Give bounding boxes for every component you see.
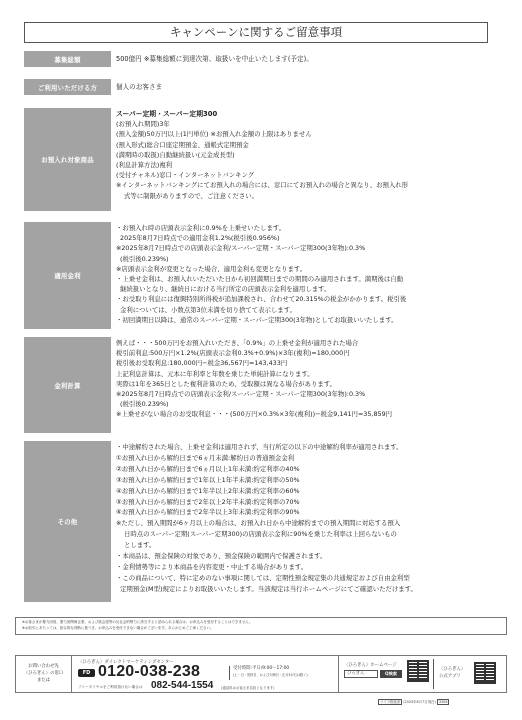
- freedial-icon: FD: [78, 669, 95, 677]
- text-line: ・本商品は、預金保険の対象であり、預金保険の範囲内で保護されます。: [116, 551, 496, 562]
- app-label-line: 公式アプリ: [439, 673, 465, 680]
- row-content: 個人のお客さま: [116, 79, 496, 95]
- text-line: 式等に制限がありますので、ご注意ください。: [116, 191, 496, 201]
- page-title: キャンペーンに関するご留意事項: [24, 22, 488, 43]
- text-line: とします。: [116, 540, 496, 551]
- row-applied-rate: 適用金利 ・お預入れ時の店頭表示金利に0.9%を上乗せいたします。 2025年8…: [24, 222, 494, 329]
- text-line: (税引後0.239%): [116, 399, 496, 409]
- row-label: その他: [24, 441, 111, 602]
- row-products: お預入れ対象商品 スーパー定期・スーパー定期300 (お預入れ期間)3年 (預入…: [24, 108, 494, 211]
- divider: [229, 666, 230, 680]
- contact-label: お問い合わせ先 〈ひろぎん〉の窓口 または: [16, 656, 72, 692]
- text-line: (預入形式)総合口座定期預金、通帳式定期預金: [116, 140, 496, 150]
- product-name: スーパー定期・スーパー定期300: [116, 109, 496, 119]
- web-links: 〈ひろぎん〉ホームページ ひろぎん Q検索 〈ひろぎん〉 公式アプリ: [338, 656, 508, 692]
- row-content: ・中途解約された場合、上乗せ金利は適用されず、当行所定の以下の中途解約利率が適用…: [116, 442, 496, 595]
- row-eligible: ご利用いただける方 個人のお客さま: [24, 79, 494, 95]
- text-line: 継続扱いとなり、継続日における当行所定の店頭表示金利を適用します。: [116, 284, 496, 294]
- text-line: 日時点のスーパー定期(スーパー定期300)の店頭表示金利に90%を乗じた利率は上…: [116, 529, 496, 540]
- text-line: 2025年8月7日時点での適用金利1.2%(税引後0.956%): [116, 233, 496, 243]
- text-line: (お預入れ期間)3年: [116, 119, 496, 129]
- fineprint-line: ※お取引にあたっては、総合的な判断に基づき、お申込みを受付できない場合がございま…: [22, 626, 500, 632]
- text-line: 実際は1年を365日とした複利計算のため、受取額は異なる場合があります。: [116, 379, 496, 389]
- text-line: ※2025年8月7日時点での店頭表示金利/スーパー定期・スーパー定期300(3年…: [116, 243, 496, 253]
- text-line: ・上乗せ金利は、お預入れいただいた日から初回満期日までの期間のみ適用されます。満…: [116, 274, 496, 284]
- text-line: ※上乗せがない場合のお受取利息・・・(500万円×0.3%×3年(複利))−税金…: [116, 409, 496, 419]
- text-line: ⑤お預入れ日から解約日まで2年以上2年半未満:約定利率の70%: [116, 497, 496, 508]
- contact-footer: お問い合わせ先 〈ひろぎん〉の窓口 または 〈ひろぎん〉ダイレクトマーケティング…: [15, 655, 507, 693]
- text-line: (満期時の取扱)自動継続扱い(元金成長型): [116, 150, 496, 160]
- department-tag: ライフ推進部: [378, 699, 402, 705]
- text-line: ②お預入れ日から解約日まで6ヵ月以上1年未満:約定利率の40%: [116, 464, 496, 475]
- text-line: (利息計算方法)複利: [116, 160, 496, 170]
- text-line: 上記利息計算は、元本に年利率と年数を乗じた単純計算になります。: [116, 369, 496, 379]
- row-label: ご利用いただける方: [24, 79, 111, 95]
- tel-main-link[interactable]: 0120-038-238: [98, 663, 200, 681]
- text-line: 税引前利息:500万円×1.2%(店頭表示金利0.3%+0.9%)×3年(複利)…: [116, 348, 496, 358]
- document-footnote: ライフ推進部 (2025年8月7日現在) 3306: [378, 699, 449, 704]
- hours-note: (土・日・祝休日、および大晦日・正月3が日は除く): [233, 672, 308, 678]
- contact-label-line: または: [16, 677, 71, 684]
- row-label: 募集総額: [24, 51, 111, 67]
- text-line: ・中途解約された場合、上乗せ金利は適用されず、当行所定の以下の中途解約利率が適用…: [116, 442, 496, 453]
- text-line: ※2025年8月7日時点での店頭表示金利/スーパー定期・スーパー定期300(3年…: [116, 389, 496, 399]
- app-label-line: 〈ひろぎん〉: [439, 666, 465, 673]
- row-label: お預入れ対象商品: [24, 108, 111, 211]
- text-line: (預入金額)50万円以上(1円単位) ※お預入れ金額の上限はありません: [116, 129, 496, 139]
- contact-label-line: お問い合わせ先: [16, 663, 71, 670]
- app-label: 〈ひろぎん〉 公式アプリ: [439, 666, 465, 680]
- date-note: (2025年8月7日現在): [403, 700, 436, 704]
- text-line: ・お預入れ時の店頭表示金利に0.9%を上乗せいたします。: [116, 223, 496, 233]
- text-line: ・お受取り利息には復興特別所得税が追加課税され、合わせて20.315%の税金がか…: [116, 294, 496, 304]
- text-line: ※店頭表示金利が変更となった場合、適用金利も変更となります。: [116, 264, 496, 274]
- text-line: ③お預入れ日から解約日まで1年以上1年半未満:約定利率の50%: [116, 475, 496, 486]
- homepage-label: 〈ひろぎん〉ホームページ: [344, 662, 397, 668]
- row-content: 例えば・・・500万円をお預入れいただき、「0.9%」の上乗せ金利が適用された場…: [116, 338, 496, 420]
- app-qr-code-icon[interactable]: [474, 662, 496, 684]
- text-line: ・この商品について、特に定めのない事項に関しては、定期性預金規定集の共通規定およ…: [116, 573, 496, 584]
- row-other: その他 ・中途解約された場合、上乗せ金利は適用されず、当行所定の以下の中途解約利…: [24, 441, 494, 602]
- call-center: 〈ひろぎん〉ダイレクトマーケティングセンター FD 0120-038-238 受…: [76, 658, 338, 692]
- row-content: スーパー定期・スーパー定期300 (お預入れ期間)3年 (預入金額)50万円以上…: [116, 109, 496, 201]
- tel-sub-link[interactable]: 082-544-1554: [151, 680, 213, 691]
- row-interest-calc: 金利計算 例えば・・・500万円をお預入れいただき、「0.9%」の上乗せ金利が適…: [24, 337, 494, 433]
- row-content: 500億円 ※募集総額に到達次第、取扱いを中止いたします(予定)。: [116, 51, 496, 67]
- text-line: ※ただし、預入期間が6ヶ月以上の場合は、お預入れ日から中途解約までの預入期間に対…: [116, 518, 496, 529]
- text-line: 個人のお客さま: [116, 79, 496, 95]
- text-line: ・初回満期日以降は、通常のスーパー定期・スーパー定期300(3年物)としてお取扱…: [116, 315, 496, 325]
- text-line: 例えば・・・500万円をお預入れいただき、「0.9%」の上乗せ金利が適用された場…: [116, 338, 496, 348]
- text-line: ・金利情勢等により本商品を内容変更・中止する場合があります。: [116, 562, 496, 573]
- document-code: 3306: [437, 699, 450, 705]
- text-line: ※インターネットバンキングにてお預入れの場合には、窓口にてお預入れの場合と異なり…: [116, 180, 496, 190]
- search-input[interactable]: ひろぎん: [344, 670, 378, 678]
- row-label: 金利計算: [24, 337, 111, 433]
- sub-tel-note: (通話料はお客さま負担となります): [221, 685, 275, 690]
- business-hours: 受付時間:平日/9:00〜17:00 (土・日・祝休日、および大晦日・正月3が日…: [233, 666, 308, 678]
- divider: [433, 659, 434, 689]
- text-line: ①お預入れ日から解約日まで6ヵ月未満:解約日の普通預金金利: [116, 453, 496, 464]
- text-line: (受付チャネル)窓口・インターネットバンキング: [116, 170, 496, 180]
- sub-tel-label: フリーダイヤルをご利用頂けない場合は: [78, 685, 142, 690]
- text-line: ⑥お預入れ日から解約日まで2年半以上3年未満:約定利率の90%: [116, 507, 496, 518]
- text-line: 500億円 ※募集総額に到達次第、取扱いを中止いたします(予定)。: [116, 51, 496, 67]
- fineprint-box: ※お客さまが暴力団員、暴力団関係企業、および総会屋等の反社会的勢力に該当すると認…: [15, 617, 507, 635]
- text-line: 金利については、小数点第3位未満を切り捨てて表示します。: [116, 305, 496, 315]
- text-line: (税引後0.239%): [116, 254, 496, 264]
- text-line: ④お預入れ日から解約日まで1年半以上2年未満:約定利率の60%: [116, 486, 496, 497]
- search-button[interactable]: Q検索: [380, 670, 402, 678]
- row-total-amount: 募集総額 500億円 ※募集総額に到達次第、取扱いを中止いたします(予定)。: [24, 51, 494, 67]
- text-line: 税引後お受取利息:180,000円−税金36,567円=143,433円: [116, 358, 496, 368]
- homepage-qr-code-icon[interactable]: [407, 660, 429, 682]
- row-content: ・お預入れ時の店頭表示金利に0.9%を上乗せいたします。 2025年8月7日時点…: [116, 223, 496, 325]
- text-line: 定期預金(M型)規定によりお取扱いいたします。当該規定は当行ホームページにてご確…: [116, 584, 496, 595]
- contact-label-line: 〈ひろぎん〉の窓口: [16, 670, 71, 677]
- row-label: 適用金利: [24, 222, 111, 329]
